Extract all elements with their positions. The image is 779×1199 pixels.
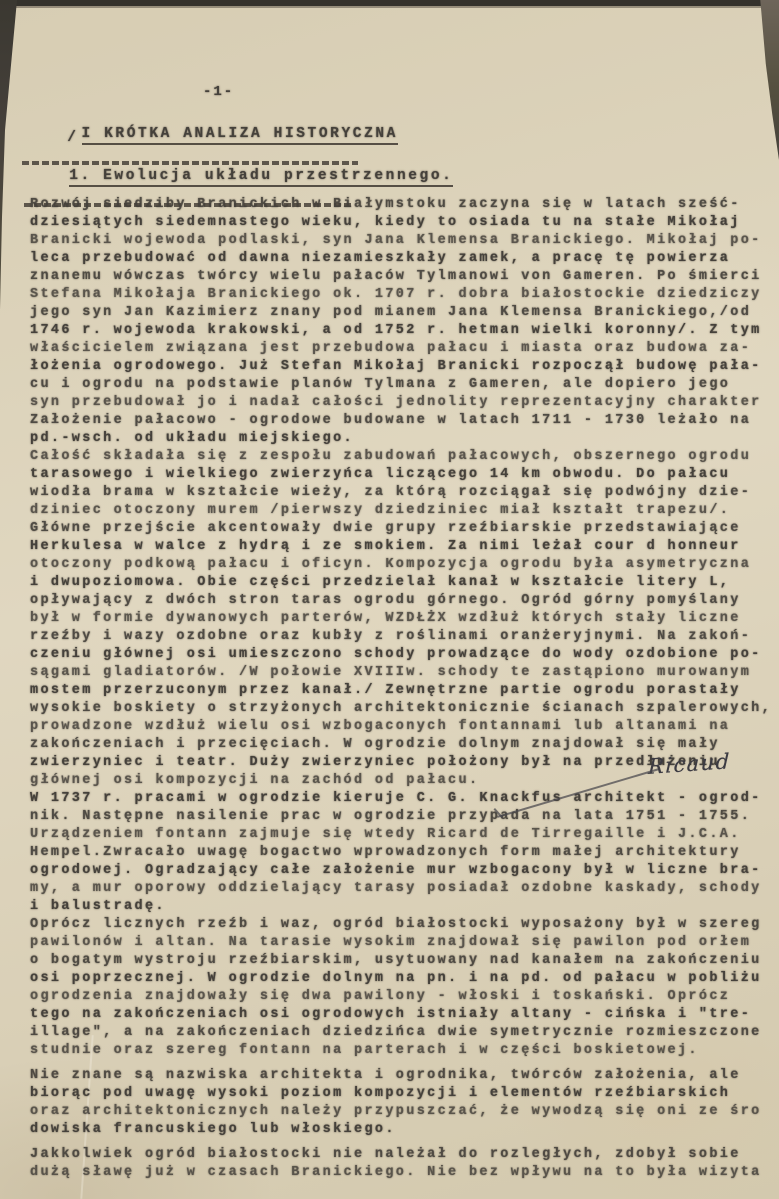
text-line: prowadzone wzdłuż wielu osi wzbogaconych… (30, 718, 779, 736)
text-line: studnie oraz szereg fontann na parterach… (30, 1042, 779, 1060)
text-line: wysokie boskiety o strzyżonych architekt… (30, 700, 779, 718)
text-line: otoczony podkową pałacu i oficyn. Kompoz… (30, 556, 779, 574)
text-line: tego na zakończeniach osi ogrodowych ist… (30, 1006, 779, 1024)
text-line: Branicki wojewoda podlaski, syn Jana Kle… (30, 232, 779, 250)
text-line: my, a mur oporowy oddzielający tarasy po… (30, 880, 779, 898)
text-line: Rozwój siedziby Branickich w Białymstoku… (30, 196, 779, 214)
text-line: Nie znane są nazwiska architekta i ogrod… (30, 1067, 779, 1085)
text-line: Założenie pałacowo - ogrodowe budowane w… (30, 412, 779, 430)
text-line: oraz architektonicznych należy przypuszc… (30, 1103, 779, 1121)
text-line: znanemu wówczas twórcy wielu pałaców Tyl… (30, 268, 779, 286)
scan-edge-top-line (0, 6, 779, 8)
title-slash-mark: / (67, 130, 78, 146)
text-line: Urządzeniem fontann zajmuje się wtedy Ri… (30, 826, 779, 844)
text-line: rzeźby i wazy ozdobne oraz kubły z rośli… (30, 628, 779, 646)
text-line: właścicielem związana jest przebudowa pa… (30, 340, 779, 358)
text-line: pawilonów i altan. Na tarasie wysokim zn… (30, 934, 779, 952)
text-line: opływający z dwóch stron taras ogrodu gó… (30, 592, 779, 610)
text-line: leca przebudować od dawna niezamieszkały… (30, 250, 779, 268)
text-line: czeniu głównej osi umieszczono schody pr… (30, 646, 779, 664)
section-heading-text: 1. Ewolucja układu przestrzennego. (69, 168, 453, 187)
text-line: i dwupoziomowa. Obie części przedzielał … (30, 574, 779, 592)
text-line: Całość składała się z zespołu zabudowań … (30, 448, 779, 466)
scanned-document-page: -1- /I KRÓTKA ANALIZA HISTORYCZNA 1. Ewo… (0, 0, 779, 1199)
text-line: ogrodowej. Ogradzający całe założenie mu… (30, 862, 779, 880)
typewritten-body: Rozwój siedziby Branickich w Białymstoku… (30, 196, 779, 1182)
text-line: jego syn Jan Kazimierz znany pod mianem … (30, 304, 779, 322)
text-line: nik. Następne nasilenie prac w ogrodzie … (30, 808, 779, 826)
text-line: i balustradę. (30, 898, 779, 916)
text-line: cu i ogrodu na podstawie planów Tylmana … (30, 376, 779, 394)
document-title-text: I KRÓTKA ANALIZA HISTORYCZNA (82, 126, 398, 145)
text-line: biorąc pod uwagę wysoki poziom kompozycj… (30, 1085, 779, 1103)
text-line: mostem przerzuconym przez kanał./ Zewnęt… (30, 682, 779, 700)
text-line: zakończeniach i przecięciach. W ogrodzie… (30, 736, 779, 754)
text-line: był w formie dywanowych parterów, WZDŁŻX… (30, 610, 779, 628)
text-line: 1746 r. wojewoda krakowski, a od 1752 r.… (30, 322, 779, 340)
text-line: dziniec otoczony murem /pierwszy dziedzi… (30, 502, 779, 520)
text-line: Główne przejście akcentowały dwie grupy … (30, 520, 779, 538)
text-line: tarasowego i wielkiego zwierzyńca licząc… (30, 466, 779, 484)
text-line: Hempel.Zwracało uwagę bogactwo wprowadzo… (30, 844, 779, 862)
text-line: łożenia ogrodowego. Już Stefan Mikołaj B… (30, 358, 779, 376)
text-line: sągami gladiatorów. /W połowie XVIIIw. s… (30, 664, 779, 682)
text-line: wiodła brama w kształcie wieży, za którą… (30, 484, 779, 502)
text-line: syn przebudował jo i nadał całości jedno… (30, 394, 779, 412)
text-line: W 1737 r. pracami w ogrodzie kieruje C. … (30, 790, 779, 808)
text-line: dowiska francuskiego lub włoskiego. (30, 1121, 779, 1139)
text-line: illage", a na zakończeniach dziedzińca d… (30, 1024, 779, 1042)
text-line: dziesiątych siedemnastego wieku, kiedy t… (30, 214, 779, 232)
text-line: Jakkolwiek ogród białostocki nie należał… (30, 1146, 779, 1164)
text-line: dużą sławę już w czasach Branickiego. Ni… (30, 1164, 779, 1182)
page-number: -1- (203, 84, 234, 100)
text-line: o bogatym wystroju rzeźbiarskim, usytuow… (30, 952, 779, 970)
text-line: Herkulesa w walce z hydrą i ze smokiem. … (30, 538, 779, 556)
text-line: ogrodzenia znajdowały się dwa pawilony -… (30, 988, 779, 1006)
text-line: Oprócz licznych rzeźb i waz, ogród biało… (30, 916, 779, 934)
text-line: osi poprzecznej. W ogrodzie dolnym na pn… (30, 970, 779, 988)
text-line: pd.-wsch. od układu miejskiego. (30, 430, 779, 448)
text-line: Stefana Mikołaja Branickiego ok. 1707 r.… (30, 286, 779, 304)
